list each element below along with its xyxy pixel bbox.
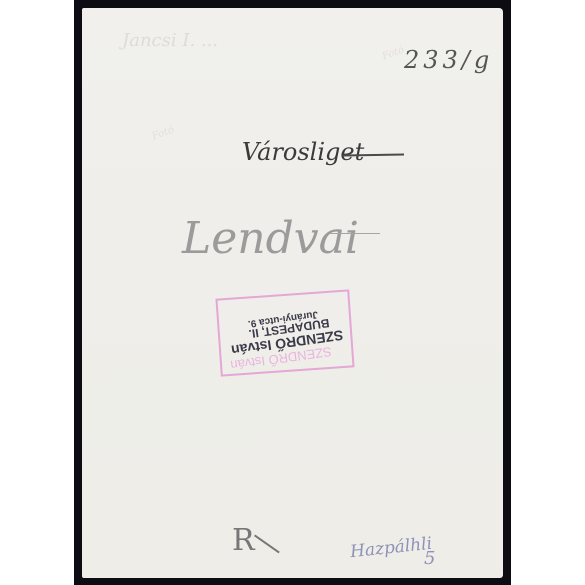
r-mark: R [232, 523, 255, 558]
signature-line [330, 233, 380, 234]
location-note: Városliget [242, 138, 364, 166]
blue-pencil-mark: 5 [424, 548, 435, 569]
photographer-stamp: SZENDRŐ István SZENDRŐ István BUDAPEST, … [214, 288, 352, 372]
r-mark-tail [254, 535, 279, 553]
photo-back-paper: Jancsi I. ... 233/g Fotó Fotó Városliget… [82, 8, 503, 578]
strike-line [344, 153, 404, 156]
catalog-number: 233/g [404, 46, 493, 74]
faint-note: Jancsi I. ... [122, 30, 218, 51]
ghost-imprint: Fotó [381, 44, 406, 62]
ghost-imprint: Fotó [151, 124, 176, 142]
signature: Lendvai [182, 213, 359, 264]
blue-pencil-note: Hazpálhli [349, 534, 433, 562]
